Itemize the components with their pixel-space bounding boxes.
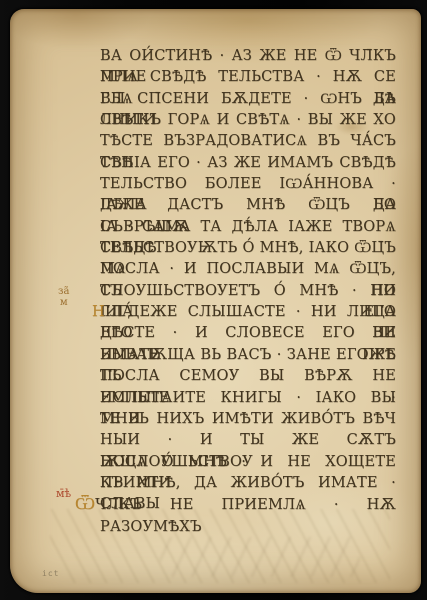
text-line: СЛОУШЬСТВОУЕТЪ О́ МНѢ · НИ ГЛА́ ЕГО: [100, 281, 396, 302]
text-line: ВЫ СП̄СЕНИ БѪДЕТЕ · ѠНЪ БѢ СВѢТИ: [100, 89, 396, 110]
illuminated-initial: Н: [92, 304, 105, 320]
text-line: ПОСЛА СЕМОУ ВЫ ВѢРѪ НЕ ЕМЛЕТЕ ·: [100, 366, 396, 387]
text-block: ВА ОИ́СТИНѢ · АЗ ЖЕ НЕ Ѿ ЧЛ̄КЪ ПРИЕ МЛѦ …: [100, 46, 396, 516]
show-through: [160, 537, 360, 577]
text-line: ДѢСТЕ · И СЛОВЕСЕ ЕГО НЕ ИМАТЕ ПРѢ: [100, 323, 396, 344]
text-line: ТѢСТЕ ВЪЗРАДОВАТИСѦ ВЪ ЧА́СЪ СВѢ: [100, 131, 396, 152]
folio-mark: ict: [42, 569, 59, 578]
text-line: ІАЖЕ ДАСТЪ МНѢ ѾЦ̄Ъ ДА СЪВРЪШѪ: [100, 195, 396, 216]
illuminated-initial-omega: Ѿ: [75, 494, 95, 514]
margin-section-mark-line: за̃: [58, 286, 69, 297]
manuscript-page: ВА ОИ́СТИНѢ · АЗ ЖЕ НЕ Ѿ ЧЛ̄КЪ ПРИЕ МЛѦ …: [10, 9, 421, 593]
text-line: ІА · САМА ТА ДѢ́ЛА ІАЖЕ ТВОРѦ СВѢДѢ: [100, 217, 396, 238]
text-line: ПОСЛА · И ПОСЛАВЫИ МѦ ѾЦ̄Ъ, ТЪ ПО: [100, 259, 396, 280]
text-line: БЫВАѬЩА ВЬ ВАСЪ · ЗАНЕ ЕГОЖЕ ТЪ: [100, 345, 396, 366]
text-line: НЫИ · И ТЫ ЖЕ СѪТЪ ПОСЛОУШЬСТВОУ: [100, 430, 396, 451]
text-line: ТЕЛЬСТВОУѬТЬ О́ МНѢ, ІАКО ѾЦ̄Ъ МѦ: [100, 238, 396, 259]
text-line: ТѢНІА ЕГО · АЗ ЖЕ ИМАМЪ СВѢДѢ: [100, 153, 396, 174]
text-line: НИГДЕЖЕ СЛЫШАСТЕ · НИ ЛИЦА ЕГО ВИ: [100, 302, 396, 323]
text-line: КЪ МНѢ, ДА ЖИВО́ТЪ ИМАТЕ · СЛАВЫ: [100, 473, 396, 494]
margin-section-mark: м̄ѣ: [56, 488, 71, 499]
text-line: ѬЩѦ О́ МНѢ · И НЕ ХОЩЕТЕ ПРИИТИ: [100, 452, 396, 473]
photo-background: { "manuscript": { "lines": [ {"text": "В…: [0, 0, 427, 600]
text-line: ИСПЫТАИТЕ КНИГЫ · ІАКО ВЫ МНИ: [100, 388, 396, 409]
text-line: ТЕ ВЬ НИХЪ ИМѢТИ ЖИВО́ТЪ ВѢЧ: [100, 409, 396, 430]
text-line: ѾЧЛ̄КЪ НЕ ПРИЕМЛѦ · НѪ РАЗОУМѢХЪ: [100, 494, 396, 515]
margin-section-mark-line: м: [58, 297, 69, 308]
text-line: ВА ОИ́СТИНѢ · АЗ ЖЕ НЕ Ѿ ЧЛ̄КЪ ПРИЕ: [100, 46, 396, 67]
text-line: МЛѦ СВѢДѢ ТЕЛЬСТВА · НѪ СЕ ГЛ̄Ѧ ДА: [100, 67, 396, 88]
text-line: ЛНИКЪ ГОРѦ И СВѢТѦ · ВЫ ЖЕ ХО: [100, 110, 396, 131]
margin-section-mark: за̃ м: [58, 286, 69, 308]
text-line: ТЕЛЬСТВО БОЛЕЕ ІѠА́ННОВА · ДѢЛА БО: [100, 174, 396, 195]
